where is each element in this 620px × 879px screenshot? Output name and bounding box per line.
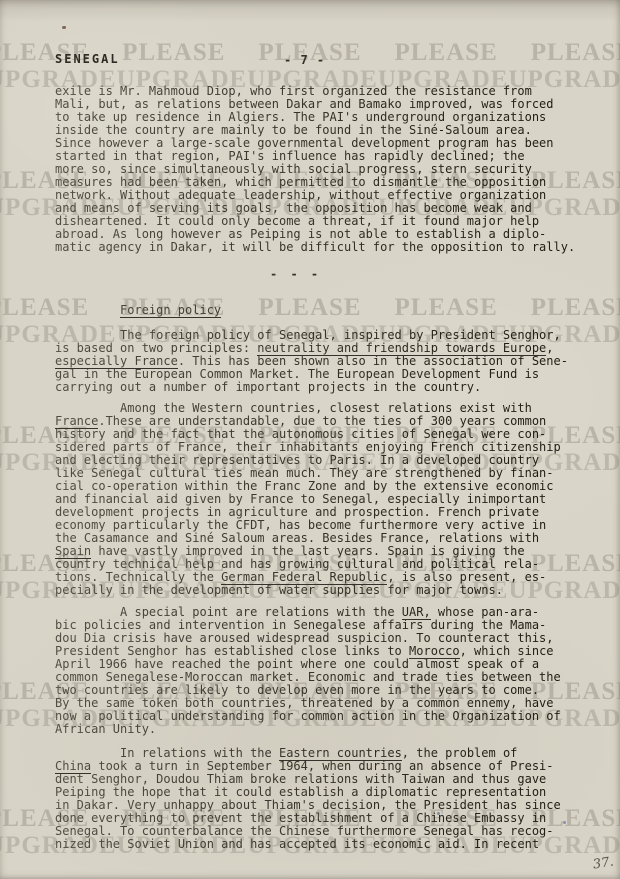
text-segment: Peiping the hope that it could establish… [55, 785, 546, 799]
text-line: carrying out a number of important proje… [55, 381, 600, 394]
text-segment: disheartened. It could only become a thr… [55, 214, 539, 228]
text-segment: bic policies and intervention in Senegal… [55, 618, 546, 632]
text-segment: abroad. As long however as Peiping is no… [55, 227, 546, 241]
text-segment: matic agency in Dakar, it will be diffic… [55, 240, 575, 254]
paragraph: The foreign policy of Senegal, inspired … [55, 329, 600, 394]
text-segment: , [546, 341, 553, 355]
text-segment: network. Without adequate leadership, wi… [55, 188, 546, 202]
underlined-text: Foreign policy [120, 303, 221, 318]
text-segment: two countries are likely to develop even… [55, 683, 539, 697]
text-segment: exile is Mr. Mahmoud Diop, who first org… [55, 84, 532, 98]
text-segment: common Senegalese-Moroccan market. Econo… [55, 670, 561, 684]
text-segment: pecially in the development of water sup… [55, 583, 503, 597]
paragraph: A special point are relations with the U… [55, 606, 600, 736]
text-segment: country technical help and has growing c… [55, 557, 539, 571]
text-segment: , the problem of [402, 746, 518, 760]
text-line: African Unity. [55, 723, 600, 736]
text-segment: - - - [270, 267, 321, 281]
text-segment: nized the Soviet Union and has accepted … [55, 837, 539, 851]
text-segment: inside the country are mainly to be foun… [55, 123, 532, 137]
text-segment: like Senegal cultural ties mean much. Th… [55, 466, 554, 480]
text-segment: and means of serving its goals, the oppo… [55, 201, 532, 215]
text-segment: Among the Western countries, closest rel… [55, 401, 532, 415]
text-segment: more so, since simultaneously with socia… [55, 162, 532, 176]
page-number: - 7 - [284, 53, 325, 67]
text-segment: Since however a large-scale governmental… [55, 136, 554, 150]
text-segment: A special point are relations with the [55, 605, 402, 619]
text-segment: , is also present, es- [387, 570, 546, 584]
text-segment: tions. Technically the [55, 570, 221, 584]
text-segment: President Senghor has established close … [55, 644, 409, 658]
text-segment: to take up residence in Algiers. The PAI… [55, 110, 546, 124]
text-segment: measures had been taken, which permitted… [55, 175, 546, 189]
text-segment: started in that region, PAI's influence … [55, 149, 525, 163]
watermark-word: PLEASE [395, 40, 498, 65]
divider-block: - - - [55, 268, 600, 281]
document-body: exile is Mr. Mahmoud Diop, who first org… [55, 85, 600, 851]
text-segment: dou Dia crisis have aroused widespread s… [55, 631, 554, 645]
text-segment: gal in the European Common Market. The E… [55, 367, 539, 381]
text-segment: In relations with the [55, 746, 279, 760]
scanned-document-page: PLEASEPLEASEPLEASEPLEASEPLEASEUPGRADEUPG… [0, 0, 620, 879]
text-segment: in Dakar. Very unhappy about Thiam's dec… [55, 798, 561, 812]
watermark-word: PLEASE [531, 40, 620, 65]
text-segment: , which since [460, 644, 554, 658]
ink-speck [62, 26, 66, 29]
text-segment: history and the fact that the autonomous… [55, 427, 546, 441]
text-segment: . This has been shown also in the associ… [178, 354, 568, 368]
text-segment: is based on two principles: [55, 341, 257, 355]
handwritten-page-mark: 37. [592, 854, 615, 872]
text-segment: sidered parts of France, their inhabitan… [55, 440, 561, 454]
text-segment: carrying out a number of important proje… [55, 380, 481, 394]
text-segment: Mali, but, as relations between Dakar an… [55, 97, 554, 111]
text-segment: the Casamance and Siné Saloum areas. Bes… [55, 531, 539, 545]
text-segment: By the same token both countries, threat… [55, 696, 554, 710]
paragraph: exile is Mr. Mahmoud Diop, who first org… [55, 85, 600, 254]
text-segment: economy particularly the CFDT, has becom… [55, 518, 546, 532]
text-segment: The foreign policy of Senegal, inspired … [55, 328, 561, 342]
text-line: matic agency in Dakar, it will be diffic… [55, 241, 600, 254]
text-segment: cial co-operation within the Franc Zone … [55, 479, 554, 493]
text-segment: now a political understanding for common… [55, 709, 561, 723]
text-segment: have vastly improved in the last years. … [91, 544, 524, 558]
watermark-word: PLEASE [122, 40, 225, 65]
text-segment: development projects in agriculture and … [55, 505, 539, 519]
text-segment: whose pan-ara- [431, 605, 539, 619]
text-segment: African Unity. [55, 722, 156, 736]
text-segment: April 1966 have reached the point where … [55, 657, 539, 671]
text-line: pecially in the development of water sup… [55, 584, 600, 597]
paragraph: Among the Western countries, closest rel… [55, 402, 600, 597]
text-segment: and electing their representatives to Pa… [55, 453, 539, 467]
text-segment: took a turn in September 1964, when duri… [91, 759, 553, 773]
text-line: - - - [270, 268, 600, 281]
text-line: Foreign policy [120, 304, 600, 317]
text-segment: done everything to prevent the establish… [55, 811, 546, 825]
document-title: SENEGAL [55, 52, 120, 66]
heading-block: Foreign policy [55, 304, 600, 317]
text-segment: .These are understandable, due to the ti… [98, 414, 546, 428]
text-segment: dent Senghor, Doudou Thiam broke relatio… [55, 772, 546, 786]
text-segment: and financial aid given by France to Sen… [55, 492, 546, 506]
text-segment: Senegal. To counterbalance the Chinese f… [55, 824, 554, 838]
text-line: nized the Soviet Union and has accepted … [55, 838, 600, 851]
paragraph: In relations with the Eastern countries,… [55, 747, 600, 851]
